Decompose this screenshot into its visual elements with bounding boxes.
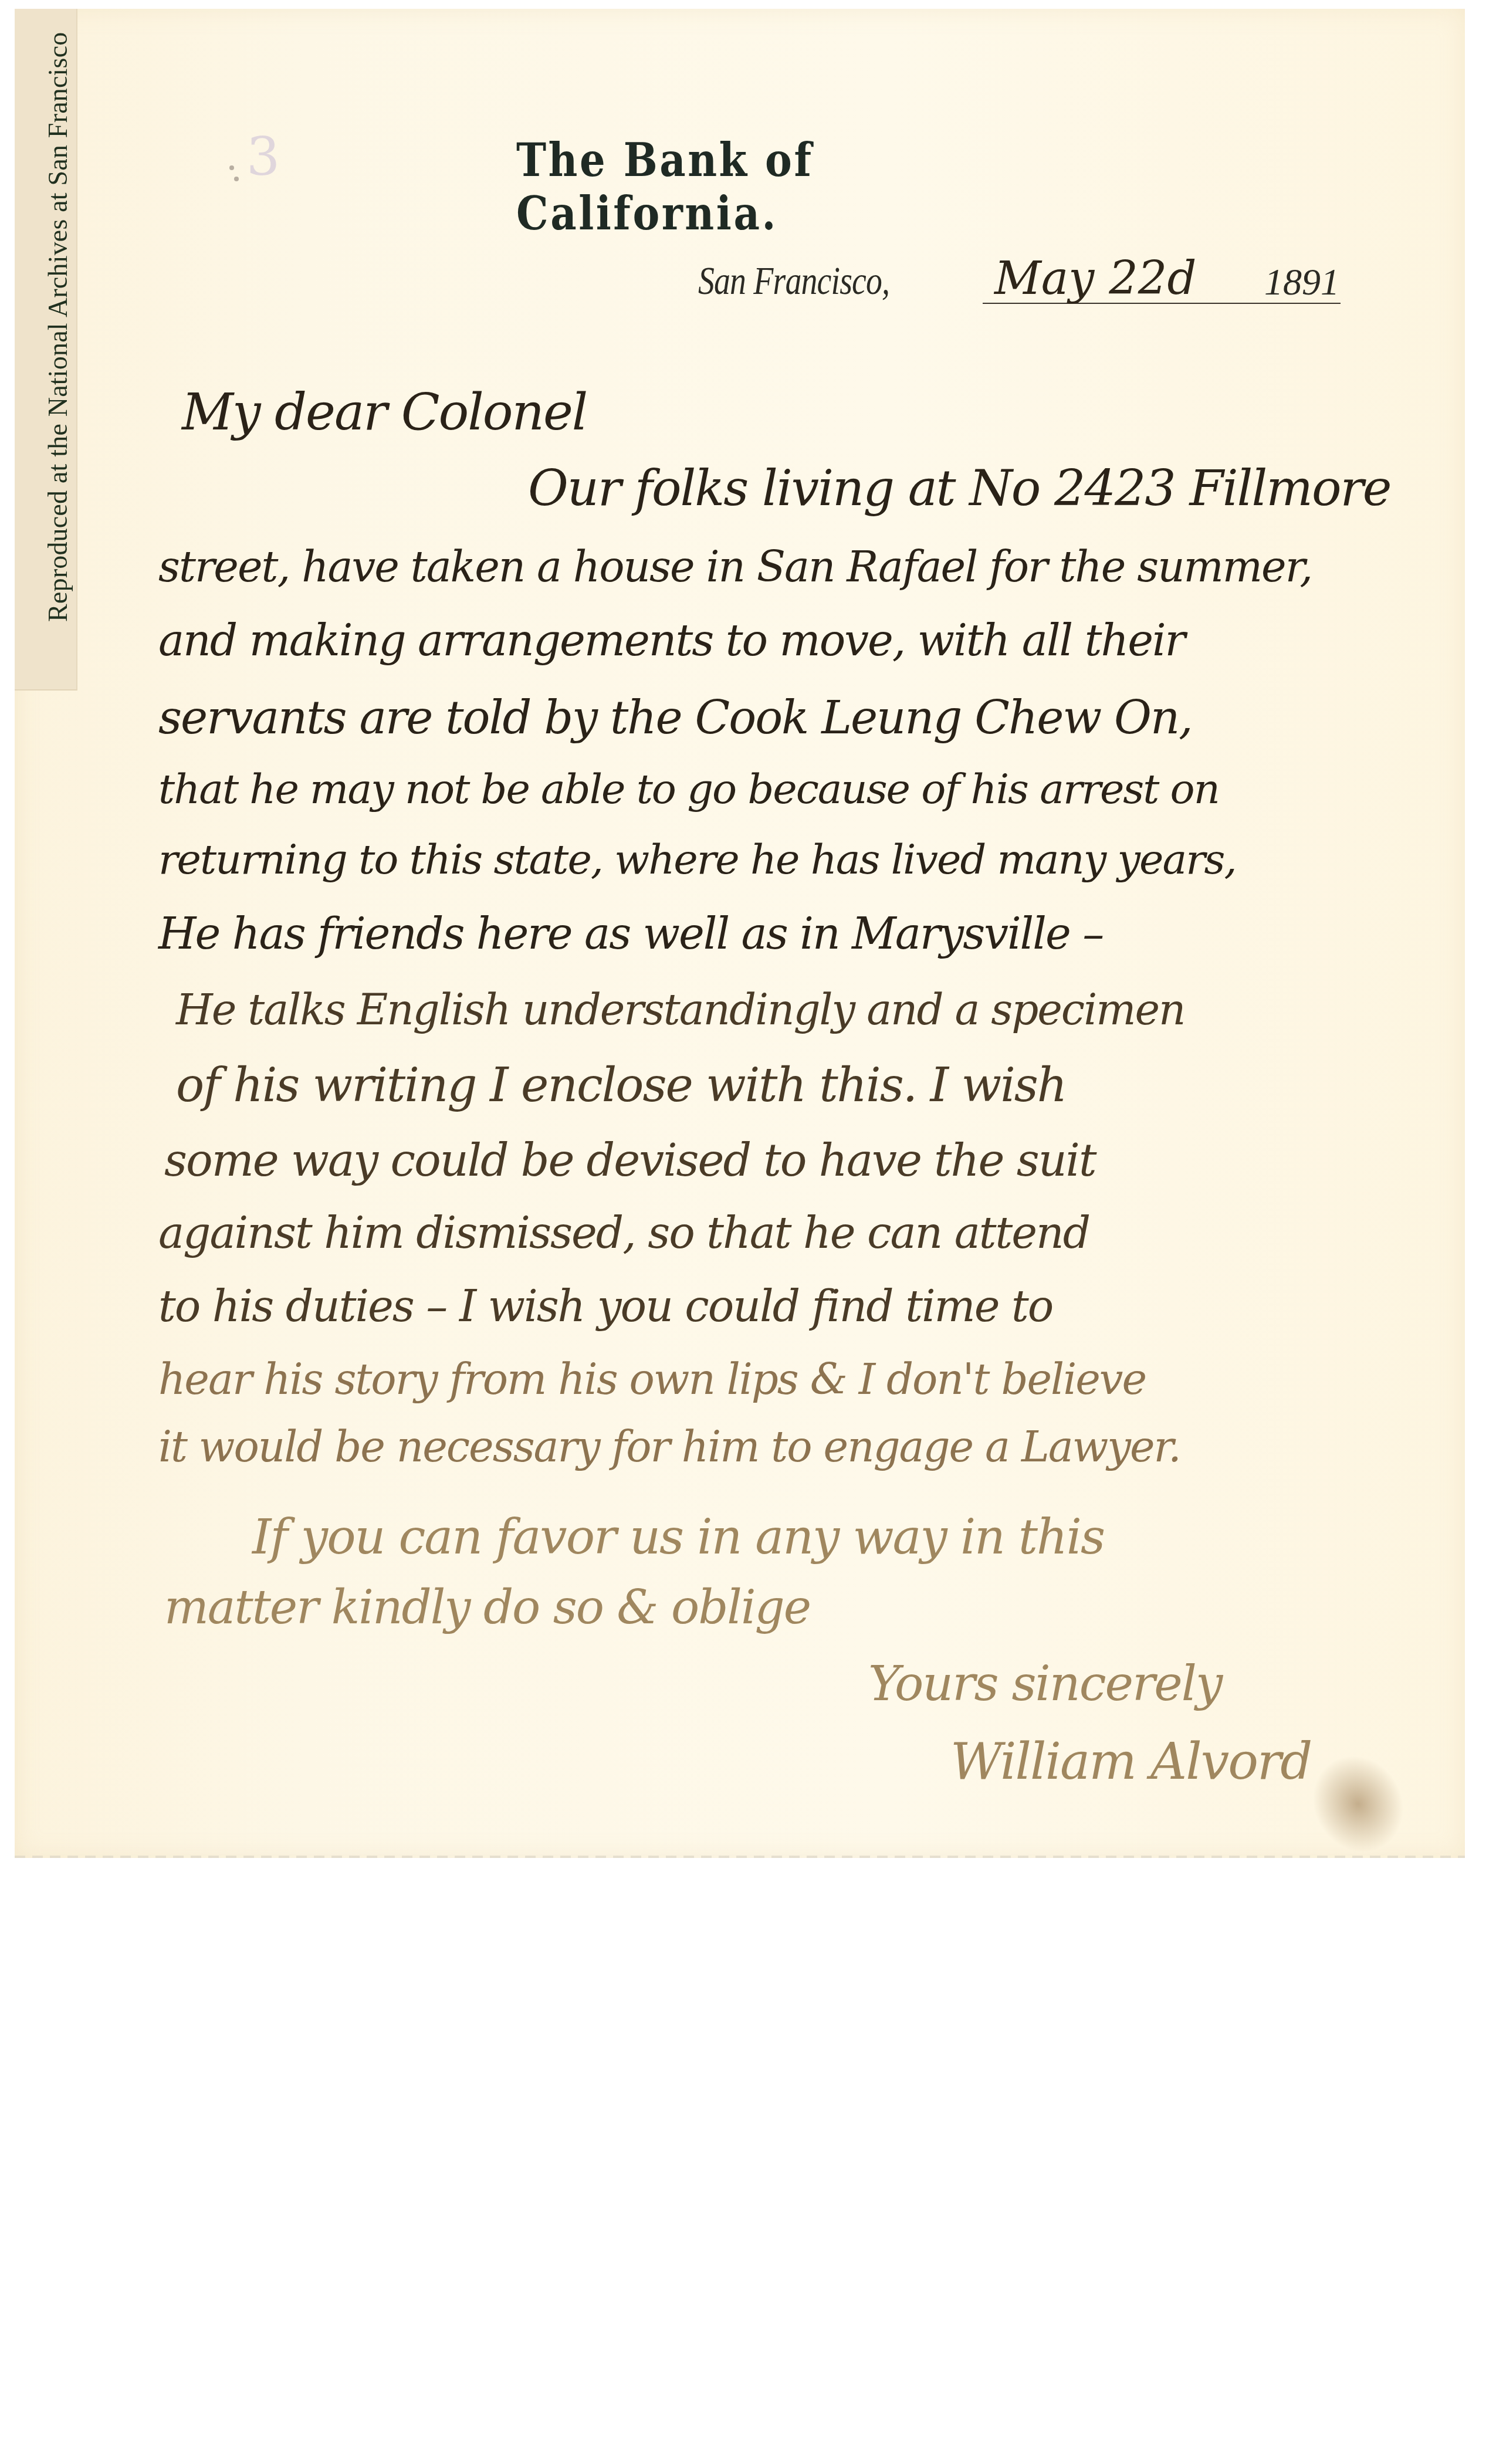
letter-line: hear his story from his own lips & I don… xyxy=(158,1358,1146,1400)
letter-line: to his duties – I wish you could find ti… xyxy=(158,1285,1052,1328)
ink-speck xyxy=(234,177,239,181)
letter-line: Our folks living at No 2423 Fillmore xyxy=(528,463,1390,513)
letter-line: street, have taken a house in San Rafael… xyxy=(158,546,1312,588)
letter-line: servants are told by the Cook Leung Chew… xyxy=(158,695,1192,741)
letter-line: of his writing I enclose with this. I wi… xyxy=(176,1062,1066,1109)
salutation: My dear Colonel xyxy=(182,387,587,438)
dateline: San Francisco, May 22d 1891 xyxy=(698,252,1349,317)
letter-line: and making arrangements to move, with al… xyxy=(158,619,1184,662)
closing: Yours sincerely xyxy=(868,1660,1221,1708)
letter-line: it would be necessary for him to engage … xyxy=(158,1426,1180,1468)
letterhead-title: The Bank of California. xyxy=(516,134,1084,241)
archive-stamp-text: Reproduced at the National Archives at S… xyxy=(42,32,73,622)
letter-line: against him dismissed, so that he can at… xyxy=(158,1211,1089,1255)
letter-line: He has friends here as well as in Marysv… xyxy=(158,912,1103,956)
ink-speck xyxy=(229,165,234,170)
letter-line: returning to this state, where he has li… xyxy=(158,839,1236,880)
margin-pencil-note: 3 xyxy=(246,126,280,188)
letter-line: If you can favor us in any way in this xyxy=(252,1514,1104,1562)
letter-line: He talks English understandingly and a s… xyxy=(176,989,1184,1031)
dateline-year: 1891 xyxy=(1264,260,1339,304)
signature: William Alvord xyxy=(950,1737,1311,1787)
letter-line: matter kindly do so & oblige xyxy=(164,1584,810,1631)
letter-line: that he may not be able to go because of… xyxy=(158,769,1219,810)
dateline-place: San Francisco, xyxy=(698,258,889,304)
dateline-date: May 22d xyxy=(994,252,1196,305)
letter-line: some way could be devised to have the su… xyxy=(164,1138,1095,1183)
